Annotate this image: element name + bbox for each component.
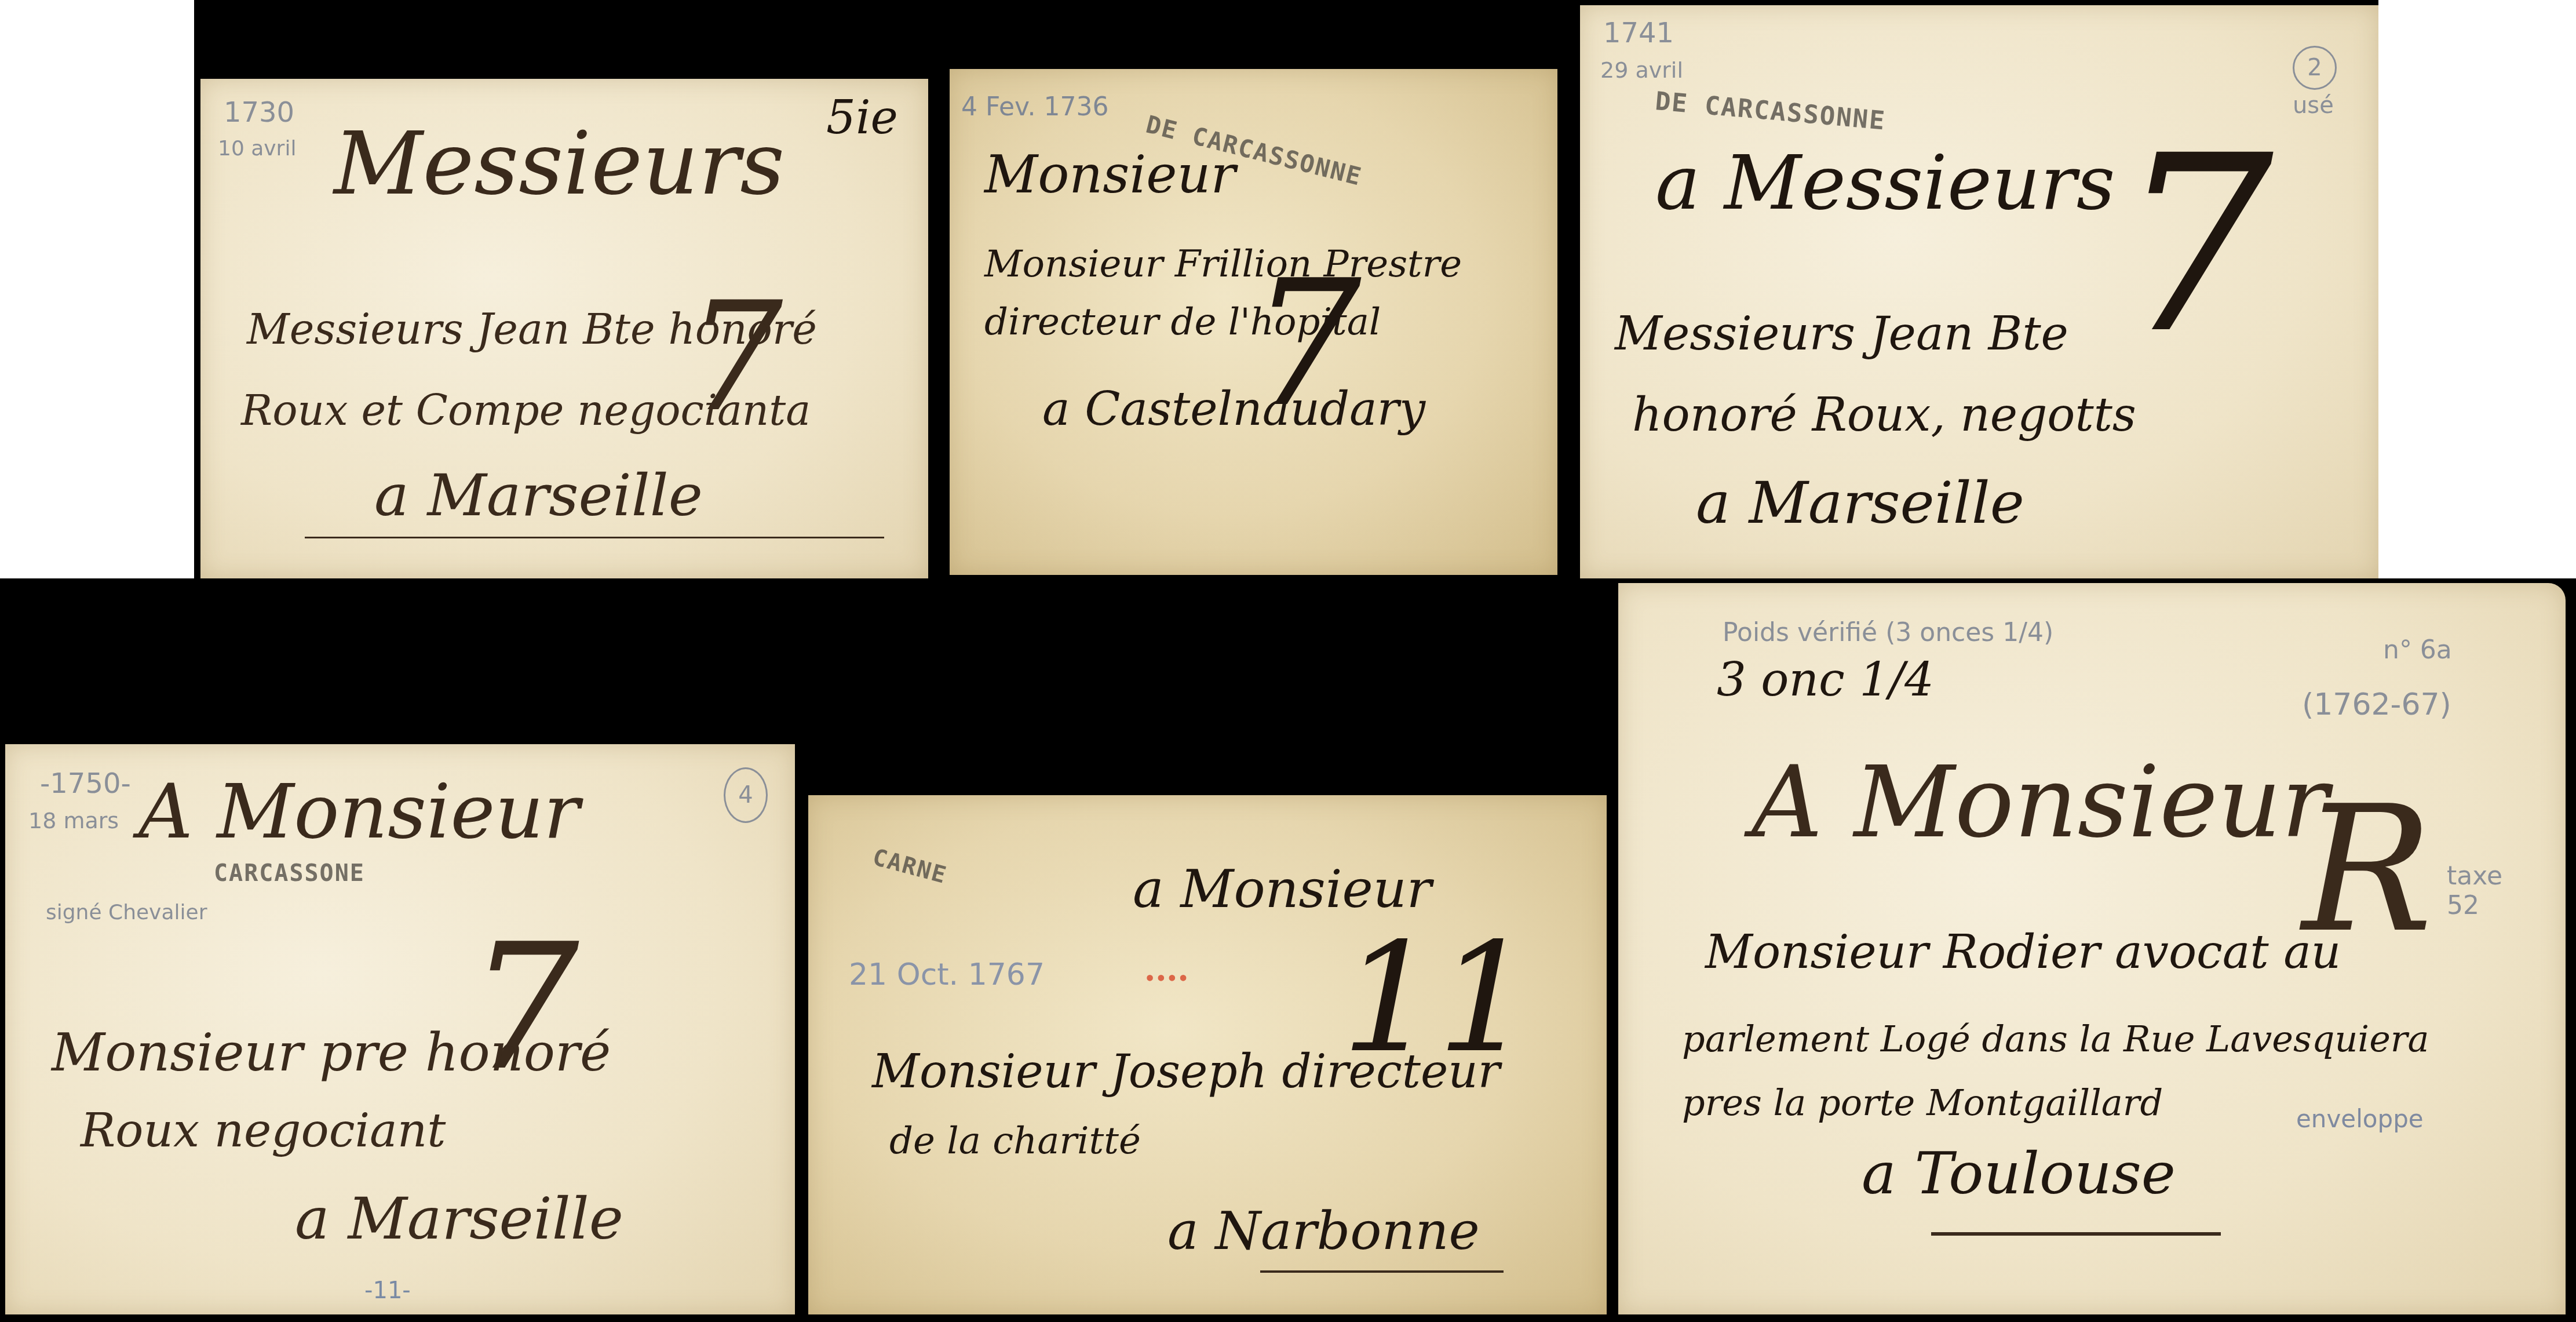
pencil-date: 10 avril <box>218 137 296 161</box>
red-mark: •••• <box>1144 969 1189 989</box>
address-header: Messieurs <box>334 114 785 214</box>
address-line-3: a Marseille <box>295 1185 623 1252</box>
address-header: A Monsieur <box>138 767 579 855</box>
circled-number: 4 <box>724 767 768 823</box>
pencil-note-weight: Poids vérifié (3 onces 1/4) <box>1723 618 2053 647</box>
pencil-ref: n° 6a <box>2383 635 2452 665</box>
letter-3: 1741 29 avril DE CARCASSONNE 2 usé a Mes… <box>1580 5 2378 578</box>
address-line-2: parlement Logé dans la Rue Lavesquiera <box>1682 1018 2429 1060</box>
rate-mark: 7 <box>2119 104 2274 387</box>
letter-1: 1730 10 avril Messieurs 5ie 7 Messieurs … <box>200 79 928 578</box>
address-line-1: Monsieur Frillion Prestre <box>984 243 1462 286</box>
letter-5: CARNE 21 Oct. 1767 •••• a Monsieur 11 Mo… <box>808 795 1607 1314</box>
postmark-stamp: CARNE <box>870 844 950 889</box>
address-line-2: Roux et Compe negocianta <box>241 386 811 435</box>
address-line-3: a Marseille <box>1696 469 2024 537</box>
address-line-1: Messieurs Jean Bte honoré <box>247 305 817 354</box>
flourish <box>1931 1232 2221 1236</box>
address-line-2: Roux negociant <box>81 1104 446 1157</box>
postmark-stamp: CARCASSONE <box>214 860 365 887</box>
address-line-2: de la charitté <box>889 1120 1141 1163</box>
background-white-left <box>0 0 194 578</box>
pencil-footer: -11- <box>364 1277 411 1304</box>
pencil-note: usé <box>2293 92 2334 119</box>
envelope-note: enveloppe <box>2296 1105 2424 1133</box>
circled-number: 2 <box>2293 46 2337 90</box>
flourish <box>305 537 884 538</box>
address-line-1: Monsieur Joseph directeur <box>872 1044 1500 1098</box>
address-line-1: Monsieur pre honoré <box>52 1022 611 1083</box>
pencil-date: 4 Fev. 1736 <box>961 92 1109 122</box>
address-header: A Monsieur <box>1752 745 2329 860</box>
address-header: a Messieurs <box>1655 139 2115 227</box>
address-line-1: Messieurs Jean Bte <box>1615 307 2068 360</box>
letter-2: 4 Fev. 1736 DE CARCASSONNE Monsieur Mons… <box>950 69 1557 575</box>
tax-note: taxe 52 <box>2447 861 2516 920</box>
pencil-date: 18 mars <box>28 808 119 833</box>
pencil-date: 29 avril <box>1600 57 1683 83</box>
address-line-2: honoré Roux, negotts <box>1632 388 2136 442</box>
weight-ink: 3 onc 1/4 <box>1717 653 1934 706</box>
address-line-1: Monsieur Rodier avocat au <box>1705 925 2341 979</box>
flourish <box>1260 1270 1504 1273</box>
letter-6: Poids vérifié (3 onces 1/4) n° 6a (1762-… <box>1618 583 2566 1314</box>
pencil-year: -1750- <box>40 767 131 800</box>
address-header: Monsieur <box>984 144 1236 205</box>
address-line-3: a Marseille <box>374 461 703 529</box>
pencil-note: signé Chevalier <box>46 901 207 924</box>
pencil-date: 21 Oct. 1767 <box>849 957 1045 992</box>
address-line-3: a Narbonne <box>1167 1201 1480 1262</box>
address-line-3: pres la porte Montgaillard <box>1682 1081 2163 1124</box>
pencil-year: 1730 <box>224 96 294 129</box>
address-line-3: a Castelnaudary <box>1042 382 1425 436</box>
rate-extra: 5ie <box>826 90 898 144</box>
pencil-year: 1741 <box>1603 17 1674 49</box>
address-line-4: a Toulouse <box>1862 1139 2176 1207</box>
postmark-stamp: DE CARCASSONNE <box>1654 86 1887 136</box>
letter-4: -1750- 18 mars A Monsieur 4 CARCASSONE s… <box>5 744 795 1314</box>
background-white-right <box>2378 0 2576 578</box>
pencil-years: (1762-67) <box>2302 687 2451 722</box>
